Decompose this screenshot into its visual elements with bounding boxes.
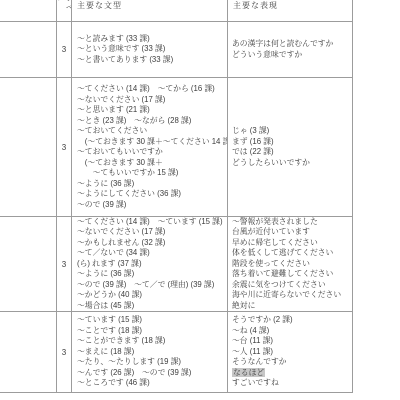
cell-line: ～ので (39 課) (77, 200, 227, 211)
syllabus-table: レベル 主要な文型 主要な表現 3 ～と読みます (33 課)～という意味です … (0, 0, 353, 393)
cell-line: ～かもしれません (32 課) (77, 238, 227, 249)
cell-line: ～警報が発表されました (232, 217, 352, 227)
level-cell: 3 (57, 78, 72, 217)
cell-line: ～ようにしてください (36 課) (77, 189, 227, 200)
level-cell: 3 (57, 217, 72, 312)
bunkei-header-label: 主要な文型 (77, 0, 122, 11)
bunkei-cell: ～てください (14 課) ～ています (15 課)～ないでください (17 課… (72, 217, 228, 312)
bunkei-column-header: 主要な文型 (72, 0, 228, 22)
cell-line: ～ておいてもいいですか (77, 147, 227, 158)
level-cell: 3 (57, 312, 72, 393)
cell-line: ～てください (14 課) ～てから (16 課) (77, 84, 227, 95)
hyogen-cell: じゃ (3 課)まず (16 課)では (22 課)どうしたらいいですか (228, 78, 353, 217)
cell-line: 体を低くして逃げてください (232, 248, 352, 259)
cell-line: ～ことができます (18 課) (77, 336, 227, 347)
hyogen-cell: ～警報が発表されました台風が近付いています早めに帰宅してください体を低くして逃げ… (228, 217, 353, 312)
empty-corner-cell (0, 0, 57, 22)
cell-line: ～という意味です (33 課) (77, 44, 227, 55)
cell-line: そうですか (2 課) (232, 315, 352, 326)
cell-line: ～とき (23 課) ～ながら (28 課) (77, 116, 227, 127)
cell-line: まず (16 課) (232, 137, 352, 148)
empty-cell (0, 312, 57, 393)
cell-line: ～台 (11 課) (232, 336, 352, 347)
cell-line: 台風が近付いています (232, 227, 352, 238)
cell-line: じゃ (3 課) (232, 126, 352, 137)
cell-line: ～たり、～たりします (19 課) (77, 357, 227, 368)
cell-line: ～まえに (18 課) (77, 347, 227, 358)
cell-line: 階段を使ってください (232, 259, 352, 270)
cell-line: ～ておいてください (77, 126, 227, 137)
cell-line: ～ことです (18 課) (77, 326, 227, 337)
bunkei-cell: ～ています (15 課)～ことです (18 課)～ことができます (18 課)～… (72, 312, 228, 393)
cell-line: ～ように (36 課) (77, 269, 227, 280)
cell-line: ～場合は (45 課) (77, 301, 227, 312)
empty-cell (0, 217, 57, 312)
bunkei-cell: ～てください (14 課) ～てから (16 課)～ないでください (17 課)… (72, 78, 228, 217)
cell-line: ～人 (11 課) (232, 347, 352, 358)
cell-line: 余震に気をつけてください (232, 280, 352, 291)
cell-line: ～ところです (46 課) (77, 378, 227, 389)
level-column-header: レベル (57, 0, 72, 22)
cell-line: では (22 課) (232, 147, 352, 158)
cell-line: あの漢字は何と読むんですか (232, 39, 352, 50)
cell-line: ～ないでください (17 課) (77, 227, 227, 238)
hyogen-column-header: 主要な表現 (228, 0, 353, 22)
document-page: レベル 主要な文型 主要な表現 3 ～と読みます (33 課)～という意味です … (0, 0, 400, 400)
empty-cell (0, 22, 57, 78)
cell-line: ～と思います (21 課) (77, 105, 227, 116)
hyogen-header-label: 主要な表現 (233, 0, 278, 11)
level-cell: 3 (57, 22, 72, 78)
level-header-label: レベル (57, 0, 72, 21)
cell-line: そうなんですか (232, 357, 352, 368)
empty-cell (0, 78, 57, 217)
bunkei-cell: ～と読みます (33 課)～という意味です (33 課)～と書いてあります (3… (72, 22, 228, 78)
cell-line: 絶対に (232, 301, 352, 312)
cell-line: ～てください (14 課) ～ています (15 課) (77, 217, 227, 227)
cell-line: ～かどうか (40 課) (77, 290, 227, 301)
cell-line: ～と読みます (33 課) (77, 34, 227, 45)
cell-line: どうしたらいいですか (232, 158, 352, 169)
hyogen-cell: そうですか (2 課)～ね (4 課)～台 (11 課)～人 (11 課)そうな… (228, 312, 353, 393)
cell-line: 早めに帰宅してください (232, 238, 352, 249)
cell-line: ～て／ないで (34 課) (77, 248, 227, 259)
cell-line: (～ておきます 30 課＋ (77, 158, 227, 169)
hyogen-cell: あの漢字は何と読むんですかどういう意味ですか (228, 22, 353, 78)
cell-line: 海や川に近寄らないでください (232, 290, 352, 301)
cell-line: 落ち着いて避難してください (232, 269, 352, 280)
cell-line: ～ね (4 課) (232, 326, 352, 337)
cell-line: ～てもいいですか 15 課) (77, 168, 227, 179)
cell-line: ～ように (36 課) (77, 179, 227, 190)
cell-line: ～と書いてあります (33 課) (77, 55, 227, 66)
cell-line: ～ないでください (17 課) (77, 95, 227, 106)
cell-line: ～ので (39 課) ～て／で (理由) (39 課) (77, 280, 227, 291)
cell-line: すごいですね (232, 378, 352, 389)
cell-line: どういう意味ですか (232, 50, 352, 61)
cell-line: ～んです (26 課) ～ので (39 課) (77, 368, 227, 379)
cell-line: ～ています (15 課) (77, 315, 227, 326)
cell-line: (ら) れます (37 課) (77, 259, 227, 270)
cell-line: なるほど (232, 368, 352, 379)
cell-line: (～ておきます 30 課＋～てください 14 課) (77, 137, 227, 148)
